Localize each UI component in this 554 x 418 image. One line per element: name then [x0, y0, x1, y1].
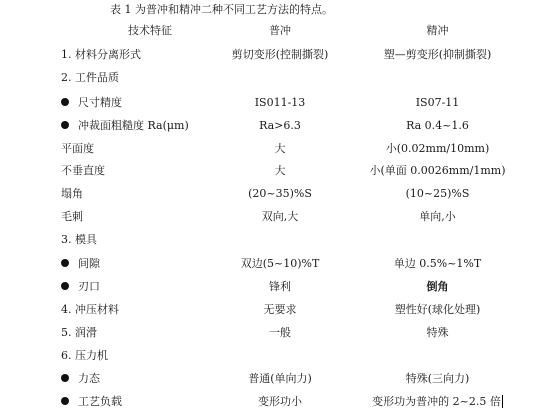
section-title: 3. 模具: [61, 230, 97, 250]
row-feature: 冲裁面粗糙度 Ra(μm): [78, 119, 189, 132]
table-row: 1. 材料分离形式 剪切变形(控制撕裂) 塑—剪变形(抑制撕裂): [0, 45, 554, 65]
row-normal-value: 普通(单向力): [210, 369, 350, 389]
row-fine-value-cell[interactable]: 变形功为普冲的 2~2.5 倍: [350, 392, 525, 412]
row-normal-value: 双向,大: [210, 207, 350, 227]
row-feature: 力态: [78, 372, 100, 385]
row-feature-cell: 尺寸精度: [61, 93, 122, 113]
bullet-icon: [61, 259, 69, 267]
row-fine-value: 塑性好(球化处理): [350, 300, 525, 320]
table-row: 冲裁面粗糙度 Ra(μm) Ra>6.3 Ra 0.4~1.6: [0, 116, 554, 136]
row-feature-cell: 工艺负载: [61, 392, 122, 412]
row-fine-value: 单边 0.5%~1%T: [350, 254, 525, 274]
section-title: 2. 工件品质: [61, 68, 119, 88]
section-title: 6. 压力机: [61, 346, 108, 366]
row-feature: 平面度: [61, 139, 94, 159]
table-row: 毛刺 双向,大 单向,小: [0, 207, 554, 227]
row-normal-value: Ra>6.3: [210, 116, 350, 136]
header-feature: 技术特征: [105, 21, 195, 41]
row-feature: 5. 润滑: [61, 323, 97, 343]
bullet-icon: [61, 121, 69, 129]
text-cursor: [502, 395, 503, 408]
bullet-icon: [61, 282, 69, 290]
table-row: 塌角 (20~35)%S (10~25)%S: [0, 184, 554, 204]
row-feature: 4. 冲压材料: [61, 300, 119, 320]
row-normal-value: 大: [210, 161, 350, 181]
row-normal-value: 大: [210, 139, 350, 159]
table-row: 尺寸精度 IS011-13 IS07-11: [0, 93, 554, 113]
row-feature: 刃口: [78, 280, 100, 293]
header-fine-blanking: 精冲: [350, 21, 525, 41]
header-normal-blanking: 普冲: [210, 21, 350, 41]
row-feature-cell: 刃口: [61, 277, 100, 297]
table-row: 平面度 大 小(0.02mm/10mm): [0, 139, 554, 159]
row-feature: 1. 材料分离形式: [61, 45, 141, 65]
row-feature: 毛刺: [61, 207, 83, 227]
row-feature: 尺寸精度: [78, 96, 122, 109]
row-fine-value: 小(单面 0.0026mm/1mm): [350, 161, 525, 181]
row-fine-value: 变形功为普冲的 2~2.5 倍: [372, 395, 501, 408]
row-feature: 不垂直度: [61, 161, 105, 181]
row-normal-value: IS011-13: [210, 93, 350, 113]
row-normal-value: 双边(5~10)%T: [210, 254, 350, 274]
table-header-row: 技术特征 普冲 精冲: [0, 21, 554, 41]
row-feature: 工艺负载: [78, 395, 122, 408]
row-fine-value: IS07-11: [350, 93, 525, 113]
row-normal-value: 锋利: [210, 277, 350, 297]
section-row: 2. 工件品质: [0, 68, 554, 88]
row-normal-value: 变形功小: [210, 392, 350, 412]
row-feature: 间隙: [78, 257, 100, 270]
section-row: 6. 压力机: [0, 346, 554, 366]
bullet-icon: [61, 397, 69, 405]
table-row: 工艺负载 变形功小 变形功为普冲的 2~2.5 倍: [0, 392, 554, 412]
section-row: 3. 模具: [0, 230, 554, 250]
row-normal-value: (20~35)%S: [210, 184, 350, 204]
table-caption: 表 1 为普冲和精冲二种不同工艺方法的特点。: [110, 1, 333, 17]
row-normal-value: 无要求: [210, 300, 350, 320]
table-row: 不垂直度 大 小(单面 0.0026mm/1mm): [0, 161, 554, 181]
bullet-icon: [61, 98, 69, 106]
row-fine-value: 特殊(三向力): [350, 369, 525, 389]
row-fine-value: 单向,小: [350, 207, 525, 227]
table-row: 刃口 锋利 倒角: [0, 277, 554, 297]
row-fine-value: Ra 0.4~1.6: [350, 116, 525, 136]
table-row: 5. 润滑 一般 特殊: [0, 323, 554, 343]
row-fine-value: 塑—剪变形(抑制撕裂): [350, 45, 525, 65]
row-normal-value: 剪切变形(控制撕裂): [210, 45, 350, 65]
table-row: 间隙 双边(5~10)%T 单边 0.5%~1%T: [0, 254, 554, 274]
row-feature-cell: 冲裁面粗糙度 Ra(μm): [61, 116, 189, 136]
row-feature-cell: 力态: [61, 369, 100, 389]
bullet-icon: [61, 374, 69, 382]
row-fine-value: 小(0.02mm/10mm): [350, 139, 525, 159]
row-normal-value: 一般: [210, 323, 350, 343]
row-feature: 塌角: [61, 184, 83, 204]
row-fine-value: (10~25)%S: [350, 184, 525, 204]
row-feature-cell: 间隙: [61, 254, 100, 274]
table-row: 力态 普通(单向力) 特殊(三向力): [0, 369, 554, 389]
table-row: 4. 冲压材料 无要求 塑性好(球化处理): [0, 300, 554, 320]
row-fine-value: 倒角: [350, 277, 525, 297]
row-fine-value: 特殊: [350, 323, 525, 343]
